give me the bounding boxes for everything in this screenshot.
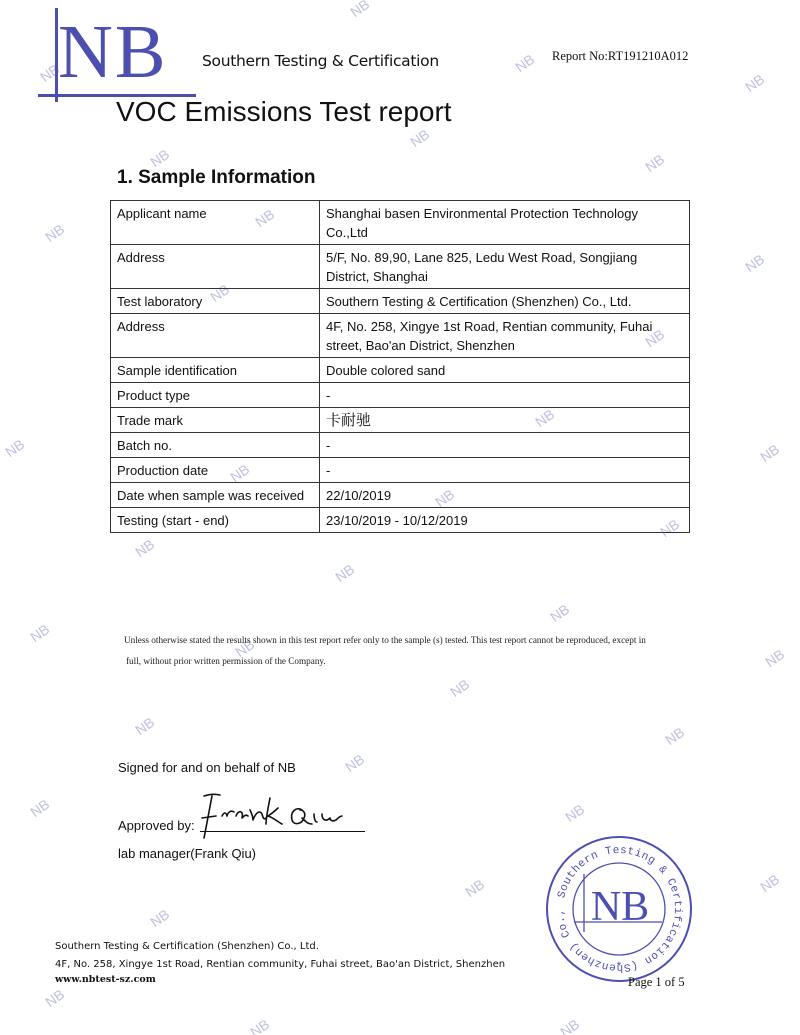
nb-watermark: NB	[132, 714, 157, 738]
field-value: 4F, No. 258, Xingye 1st Road, Rentian co…	[320, 314, 690, 358]
section-title: 1. Sample Information	[117, 167, 315, 189]
logo-letters: NB	[58, 10, 168, 94]
table-row: Batch no.-	[111, 433, 690, 458]
table-row: Testing (start - end)23/10/2019 - 10/12/…	[111, 508, 690, 533]
footer-address: 4F, No. 258, Xingye 1st Road, Rentian co…	[55, 959, 505, 970]
field-value: 23/10/2019 - 10/12/2019	[320, 508, 690, 533]
disclaimer: Unless otherwise stated the results show…	[124, 630, 694, 671]
signature	[196, 792, 366, 847]
page-number: Page 1 of 5	[628, 975, 685, 990]
nb-watermark: NB	[742, 251, 767, 275]
nb-watermark: NB	[447, 676, 472, 700]
company-name-header: Southern Testing & Certification	[202, 52, 439, 70]
report-number: Report No:RT191210A012	[552, 49, 688, 64]
nb-logo: NB	[38, 8, 198, 103]
lab-manager-role: lab manager(Frank Qiu)	[118, 846, 256, 861]
field-value: -	[320, 433, 690, 458]
nb-watermark: NB	[247, 1016, 272, 1035]
nb-watermark: NB	[407, 126, 432, 150]
nb-watermark: NB	[42, 221, 67, 245]
sample-information-table: Applicant nameShanghai basen Environment…	[110, 200, 690, 533]
table-row: Sample identificationDouble colored sand	[111, 358, 690, 383]
nb-watermark: NB	[762, 646, 787, 670]
nb-watermark: NB	[27, 796, 52, 820]
nb-watermark: NB	[547, 601, 572, 625]
nb-watermark: NB	[662, 724, 687, 748]
footer-company: Southern Testing & Certification (Shenzh…	[55, 941, 319, 952]
field-value: Shanghai basen Environmental Protection …	[320, 201, 690, 245]
signature-line	[200, 831, 365, 832]
nb-watermark: NB	[757, 441, 782, 465]
nb-watermark: NB	[557, 1016, 582, 1035]
nb-watermark: NB	[132, 536, 157, 560]
field-label: Production date	[111, 458, 320, 483]
nb-watermark: NB	[27, 621, 52, 645]
field-value: -	[320, 383, 690, 408]
nb-watermark: NB	[642, 151, 667, 175]
nb-watermark: NB	[42, 986, 67, 1010]
nb-watermark: NB	[742, 71, 767, 95]
field-label: Test laboratory	[111, 289, 320, 314]
svg-text:*: *	[617, 959, 622, 973]
approved-by-label: Approved by:	[118, 818, 195, 833]
field-label: Product type	[111, 383, 320, 408]
field-value: 5/F, No. 89,90, Lane 825, Ledu West Road…	[320, 245, 690, 289]
field-label: Address	[111, 245, 320, 289]
table-row: Applicant nameShanghai basen Environment…	[111, 201, 690, 245]
field-label: Testing (start - end)	[111, 508, 320, 533]
nb-watermark: NB	[512, 51, 537, 75]
nb-watermark: NB	[2, 436, 27, 460]
field-value: 卡耐驰	[320, 408, 690, 433]
disclaimer-line-2: full, without prior written permission o…	[124, 651, 694, 672]
disclaimer-line-1: Unless otherwise stated the results show…	[124, 630, 694, 651]
table-row: Address5/F, No. 89,90, Lane 825, Ledu We…	[111, 245, 690, 289]
field-value: Double colored sand	[320, 358, 690, 383]
field-value: Southern Testing & Certification (Shenzh…	[320, 289, 690, 314]
nb-watermark: NB	[347, 0, 372, 20]
field-label: Date when sample was received	[111, 483, 320, 508]
field-label: Batch no.	[111, 433, 320, 458]
table-row: Address4F, No. 258, Xingye 1st Road, Ren…	[111, 314, 690, 358]
table-row: Test laboratorySouthern Testing & Certif…	[111, 289, 690, 314]
table-row: Trade mark卡耐驰	[111, 408, 690, 433]
table-row: Date when sample was received22/10/2019	[111, 483, 690, 508]
field-value: 22/10/2019	[320, 483, 690, 508]
field-label: Address	[111, 314, 320, 358]
signed-for-text: Signed for and on behalf of NB	[118, 760, 296, 775]
nb-watermark: NB	[332, 561, 357, 585]
company-seal-stamp: Southern Testing & Certification (Shenzh…	[544, 834, 694, 984]
document-title: VOC Emissions Test report	[116, 96, 452, 128]
svg-text:NB: NB	[591, 884, 649, 930]
nb-watermark: NB	[462, 876, 487, 900]
nb-watermark: NB	[757, 871, 782, 895]
field-label: Applicant name	[111, 201, 320, 245]
nb-watermark: NB	[342, 751, 367, 775]
field-label: Sample identification	[111, 358, 320, 383]
footer-website: www.nbtest-sz.com	[55, 974, 156, 985]
table-row: Product type-	[111, 383, 690, 408]
field-label: Trade mark	[111, 408, 320, 433]
table-row: Production date-	[111, 458, 690, 483]
nb-watermark: NB	[147, 906, 172, 930]
field-value: -	[320, 458, 690, 483]
nb-watermark: NB	[562, 801, 587, 825]
